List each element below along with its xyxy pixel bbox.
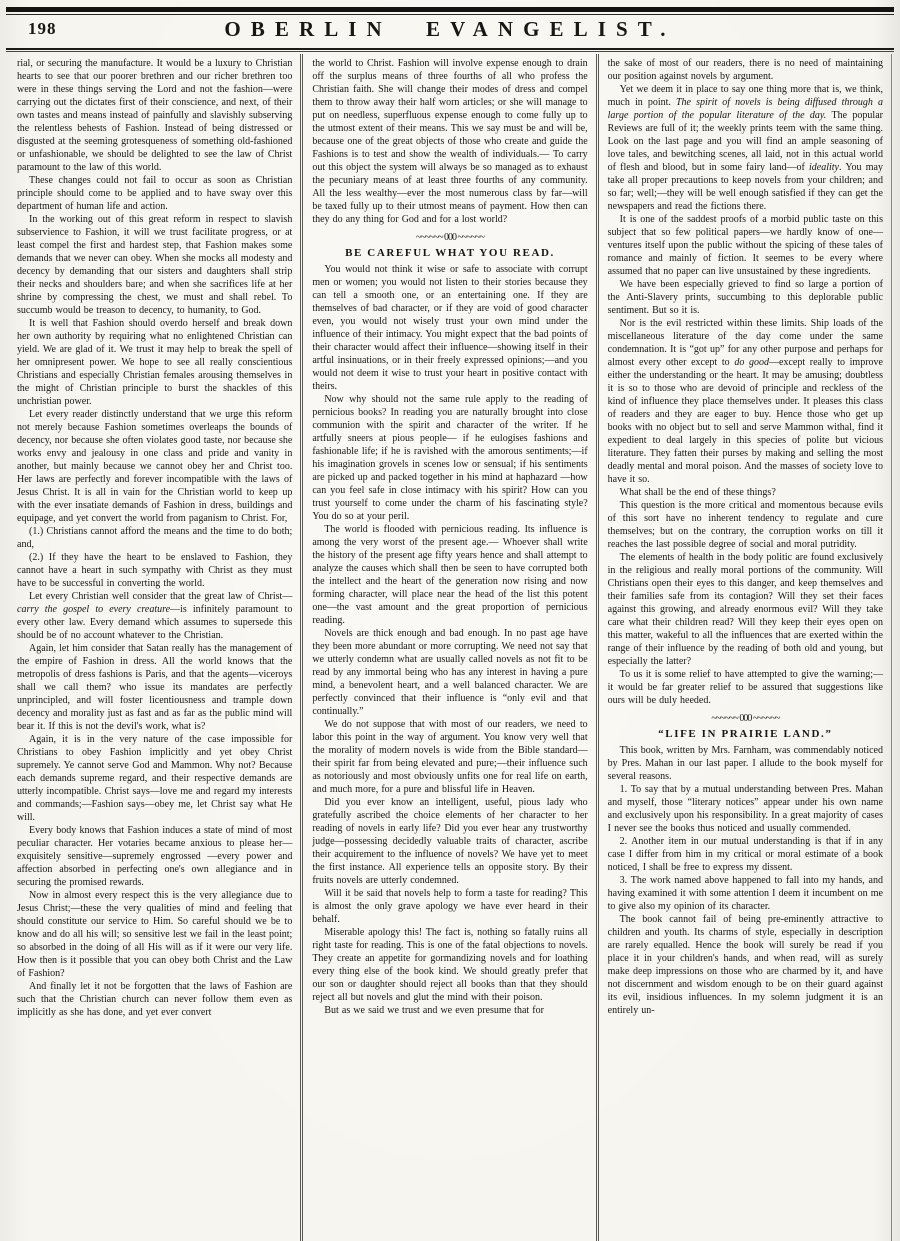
paragraph: It is one of the saddest proofs of a mor… [608, 213, 883, 278]
paragraph: To us it is some relief to have attempte… [608, 668, 883, 707]
masthead: 198 OBERLIN EVANGELIST. [10, 16, 890, 46]
paragraph: Nor is the evil restricted within these … [608, 317, 883, 486]
paragraph: Let every Christian well consider that t… [17, 590, 292, 642]
article-columns: rial, or securing the manufacture. It wo… [8, 54, 892, 1241]
paragraph: 1. To say that by a mutual understanding… [608, 783, 883, 835]
paragraph: Again, let him consider that Satan reall… [17, 642, 292, 733]
column-1: rial, or securing the manufacture. It wo… [8, 54, 300, 1241]
paragraph: (2.) If they have the heart to be enslav… [17, 551, 292, 590]
paragraph: Did you ever know an intelligent, useful… [312, 796, 587, 887]
paragraph: Yet we deem it in place to say one thing… [608, 83, 883, 213]
paragraph: (1.) Christians cannot afford the means … [17, 525, 292, 551]
paragraph: Miserable apology this! The fact is, not… [312, 926, 587, 1004]
newspaper-page: 198 OBERLIN EVANGELIST. rial, or securin… [0, 0, 900, 1241]
masthead-top-rule [6, 7, 894, 15]
column-3: the sake of most of our readers, there i… [596, 54, 891, 1241]
paragraph: It is well that Fashion should overdo he… [17, 317, 292, 408]
paragraph: But as we said we trust and we even pres… [312, 1004, 587, 1017]
paragraph: Will it be said that novels help to form… [312, 887, 587, 926]
paragraph: We do not suppose that with most of our … [312, 718, 587, 796]
paragraph: Now why should not the same rule apply t… [312, 393, 587, 523]
section-divider-ornament: ~~~~~~ 000 ~~~~~~ [312, 232, 587, 243]
paragraph: What shall be the end of these things? [608, 486, 883, 499]
paragraph: This book, written by Mrs. Farnham, was … [608, 744, 883, 783]
masthead-bottom-rule [6, 48, 894, 52]
paragraph: The book cannot fail of being pre-eminen… [608, 913, 883, 1017]
paragraph: rial, or securing the manufacture. It wo… [17, 57, 292, 174]
paragraph: 2. Another item in our mutual understand… [608, 835, 883, 874]
masthead-title: OBERLIN EVANGELIST. [10, 17, 890, 42]
paragraph: Let every reader distinctly understand t… [17, 408, 292, 525]
paragraph: This question is the more critical and m… [608, 499, 883, 551]
paragraph: In the working out of this great reform … [17, 213, 292, 317]
paragraph: The elements of health in the body polit… [608, 551, 883, 668]
section-divider-ornament: ~~~~~~ 000 ~~~~~~ [608, 713, 883, 724]
paragraph: 3. The work named above happened to fall… [608, 874, 883, 913]
column-2: the world to Christ. Fashion will involv… [300, 54, 595, 1241]
paragraph: the world to Christ. Fashion will involv… [312, 57, 587, 226]
paragraph: You would not think it wise or safe to a… [312, 263, 587, 393]
paragraph: Novels are thick enough and bad enough. … [312, 627, 587, 718]
paragraph: Again, it is in the very nature of the c… [17, 733, 292, 824]
paragraph: The world is flooded with pernicious rea… [312, 523, 587, 627]
paragraph: And finally let it not be forgotten that… [17, 980, 292, 1019]
paragraph: We have been especially grieved to find … [608, 278, 883, 317]
paragraph: These changes could not fail to occur as… [17, 174, 292, 213]
article-heading: BE CAREFUL WHAT YOU READ. [312, 246, 587, 260]
paragraph: Every body knows that Fashion induces a … [17, 824, 292, 889]
article-heading: “LIFE IN PRAIRIE LAND.” [608, 727, 883, 741]
paragraph: Now in almost every respect this is the … [17, 889, 292, 980]
paragraph: the sake of most of our readers, there i… [608, 57, 883, 83]
